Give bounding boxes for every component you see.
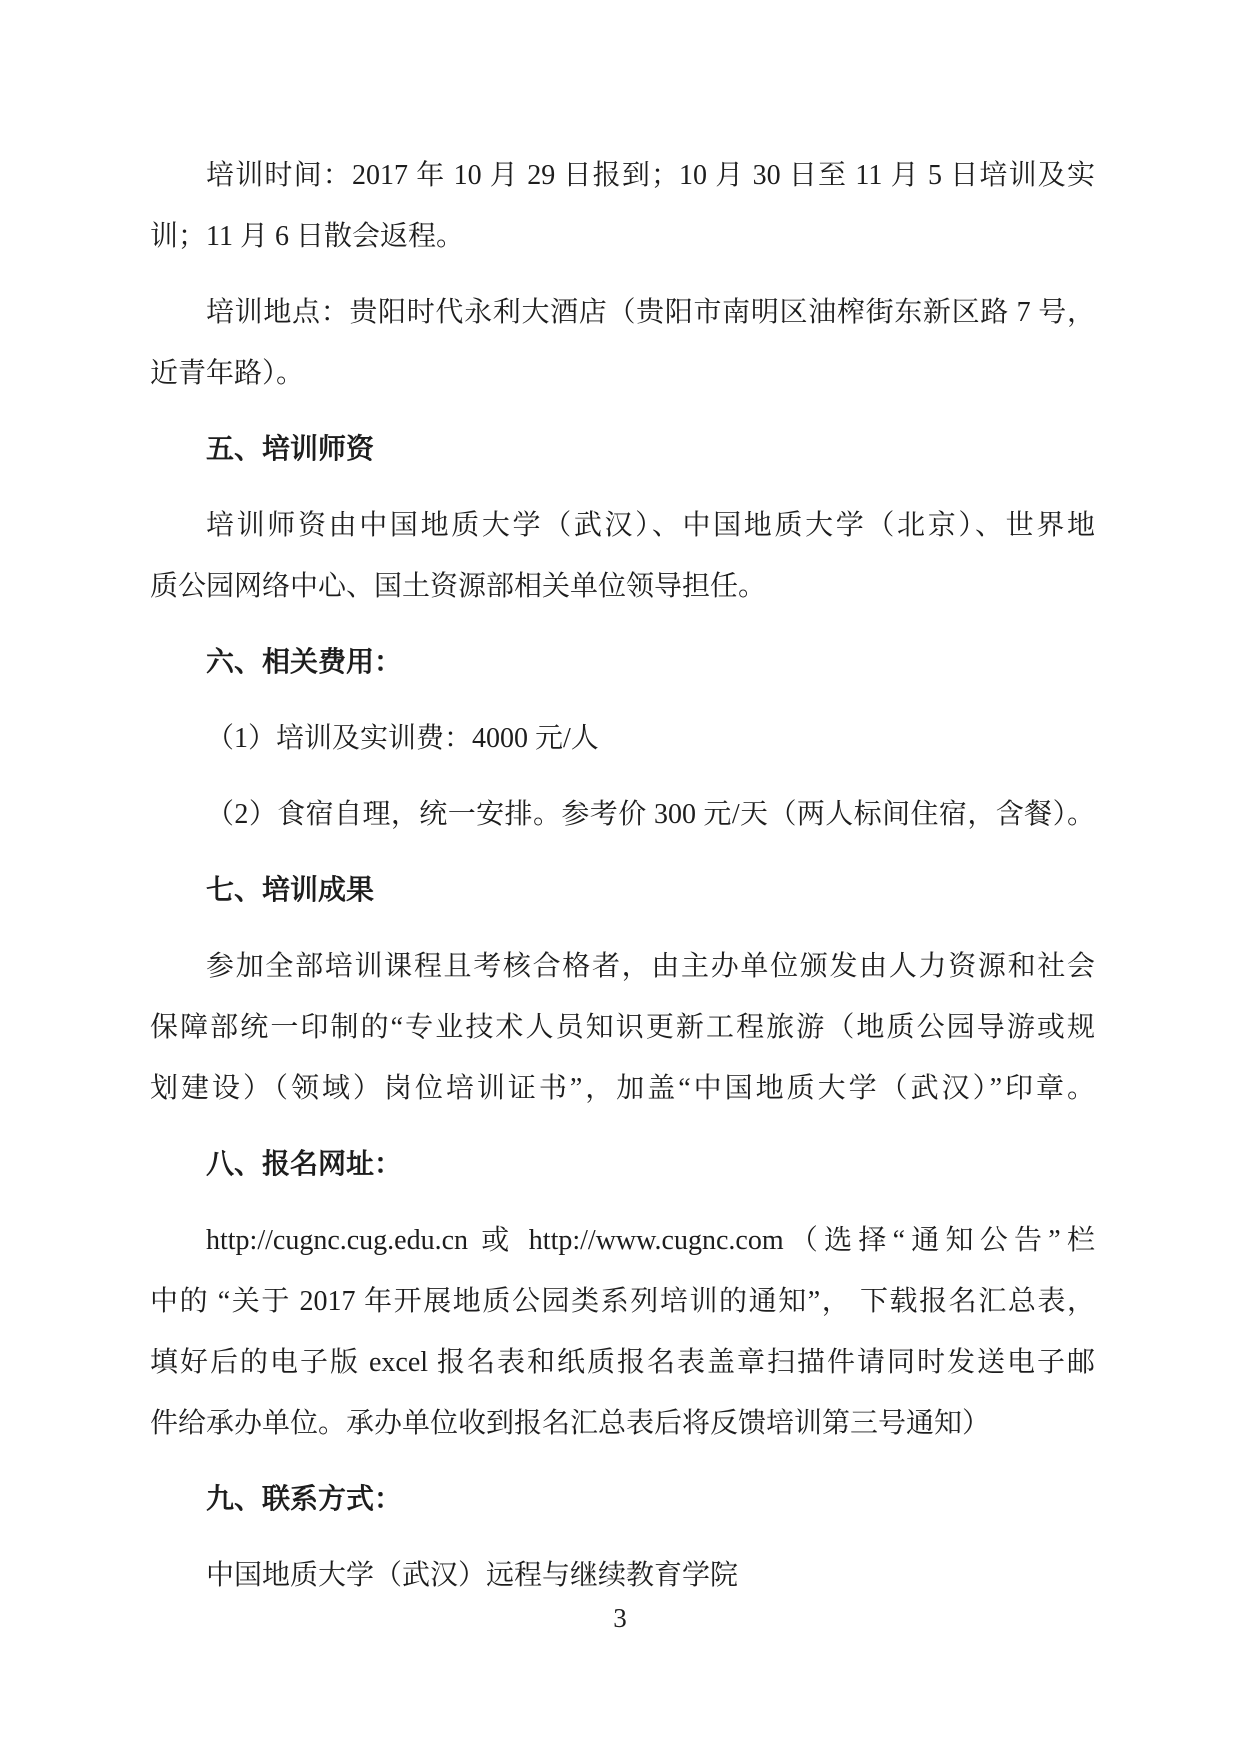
paragraph: 培训地点：贵阳时代永利大酒店（贵阳市南明区油榨街东新区路 7 号，近青年路）。 xyxy=(150,282,1095,404)
text-line: 中的 “关于 2017 年开展地质公园类系列培训的通知”， 下载报名汇总表， xyxy=(150,1271,1095,1332)
text-line: 培训地点：贵阳时代永利大酒店（贵阳市南明区油榨街东新区路 7 号， xyxy=(150,282,1095,343)
text-line: 五、培训师资 xyxy=(150,419,1095,480)
text-line: 九、联系方式： xyxy=(150,1469,1095,1530)
paragraph: 培训师资由中国地质大学（武汉）、中国地质大学（北京）、世界地质公园网络中心、国土… xyxy=(150,495,1095,617)
text-line: 八、报名网址： xyxy=(150,1134,1095,1195)
text-line: 件给承办单位。承办单位收到报名汇总表后将反馈培训第三号通知） xyxy=(150,1393,1095,1454)
document-page: 培训时间：2017 年 10 月 29 日报到；10 月 30 日至 11 月 … xyxy=(0,0,1240,1754)
page-number: 3 xyxy=(0,1598,1240,1638)
text-line: 参加全部培训课程且考核合格者，由主办单位颁发由人力资源和社会 xyxy=(150,936,1095,997)
text-line: （2）食宿自理，统一安排。参考价 300 元/天（两人标间住宿，含餐）。 xyxy=(150,784,1095,845)
paragraph: 培训时间：2017 年 10 月 29 日报到；10 月 30 日至 11 月 … xyxy=(150,145,1095,267)
section-heading: 六、相关费用： xyxy=(150,632,1095,693)
text-line: 训；11 月 6 日散会返程。 xyxy=(150,206,1095,267)
section-heading: 七、培训成果 xyxy=(150,860,1095,921)
text-line: 保障部统一印制的“专业技术人员知识更新工程旅游（地质公园导游或规 xyxy=(150,997,1095,1058)
text-line: 七、培训成果 xyxy=(150,860,1095,921)
text-line: 六、相关费用： xyxy=(150,632,1095,693)
paragraph: （2）食宿自理，统一安排。参考价 300 元/天（两人标间住宿，含餐）。 xyxy=(150,784,1095,845)
text-line: 划建设）（领域）岗位培训证书”，加盖“中国地质大学（武汉）”印章。 xyxy=(150,1058,1095,1119)
text-line: 近青年路）。 xyxy=(150,343,1095,404)
paragraph: 参加全部培训课程且考核合格者，由主办单位颁发由人力资源和社会保障部统一印制的“专… xyxy=(150,936,1095,1119)
section-heading: 九、联系方式： xyxy=(150,1469,1095,1530)
section-heading: 五、培训师资 xyxy=(150,419,1095,480)
section-heading: 八、报名网址： xyxy=(150,1134,1095,1195)
text-line: 培训时间：2017 年 10 月 29 日报到；10 月 30 日至 11 月 … xyxy=(150,145,1095,206)
text-line: 填好后的电子版 excel 报名表和纸质报名表盖章扫描件请同时发送电子邮 xyxy=(150,1332,1095,1393)
document-body: 培训时间：2017 年 10 月 29 日报到；10 月 30 日至 11 月 … xyxy=(150,145,1095,1621)
paragraph: 中国地质大学（武汉）远程与继续教育学院 xyxy=(150,1545,1095,1606)
paragraph: http://cugnc.cug.edu.cn 或 http://www.cug… xyxy=(150,1210,1095,1454)
text-line: 培训师资由中国地质大学（武汉）、中国地质大学（北京）、世界地 xyxy=(150,495,1095,556)
text-line: （1）培训及实训费：4000 元/人 xyxy=(150,708,1095,769)
paragraph: （1）培训及实训费：4000 元/人 xyxy=(150,708,1095,769)
text-line: 中国地质大学（武汉）远程与继续教育学院 xyxy=(150,1545,1095,1606)
text-line: 质公园网络中心、国土资源部相关单位领导担任。 xyxy=(150,556,1095,617)
text-line: http://cugnc.cug.edu.cn 或 http://www.cug… xyxy=(150,1210,1095,1271)
